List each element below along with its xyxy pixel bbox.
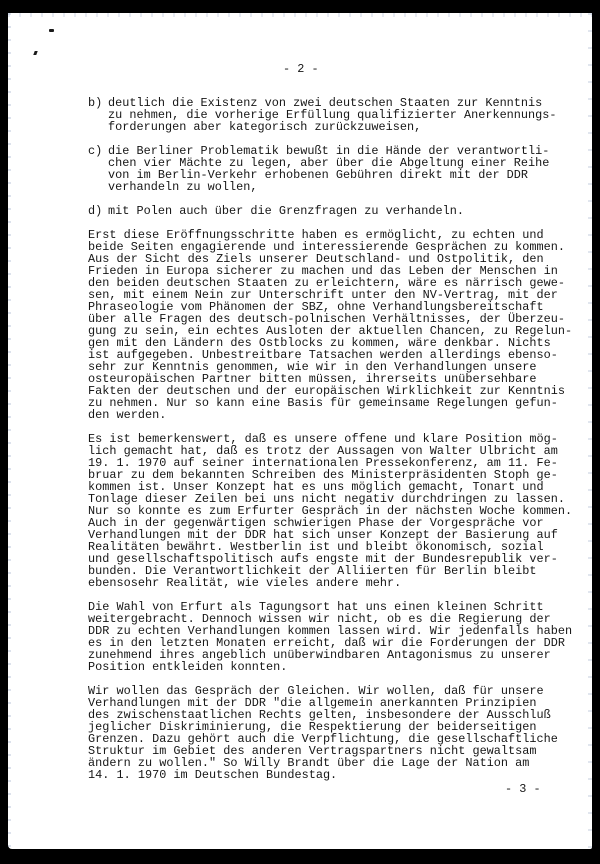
- list-item-label: c): [88, 145, 108, 193]
- body-text: Erst diese Eröffnungsschritte haben es e…: [88, 229, 572, 793]
- list-item-text: deutlich die Existenz von zwei deutschen…: [108, 97, 557, 133]
- paragraph: Es ist bemerkenswert, daß es unsere offe…: [88, 433, 572, 589]
- list-item-text: mit Polen auch über die Grenzfragen zu v…: [108, 205, 464, 217]
- scan-edge-top: [8, 13, 592, 17]
- list-item-label: d): [88, 205, 108, 217]
- scan-edge-right: [588, 13, 592, 849]
- paragraph: Die Wahl von Erfurt als Tagungsort hat u…: [88, 601, 572, 673]
- page-number-top: - 2 -: [283, 63, 319, 75]
- text-line: 14. 1. 1970 im Deutschen Bundestag.: [88, 769, 572, 781]
- list-item: d)mit Polen auch über die Grenzfragen zu…: [88, 205, 557, 217]
- scan-speck: [49, 29, 54, 32]
- text-line: forderungen aber kategorisch zurückzuwei…: [108, 121, 557, 133]
- paragraph: Wir wollen das Gespräch der Gleichen. Wi…: [88, 685, 572, 781]
- enumerated-list: b)deutlich die Existenz von zwei deutsch…: [88, 97, 557, 229]
- text-line: verhandeln zu wollen,: [108, 181, 549, 193]
- text-line: Position entkleiden konnten.: [88, 661, 572, 673]
- paragraph: Erst diese Eröffnungsschritte haben es e…: [88, 229, 572, 421]
- list-item-label: b): [88, 97, 108, 133]
- list-item: c)die Berliner Problematik bewußt in die…: [88, 145, 557, 193]
- list-item: b)deutlich die Existenz von zwei deutsch…: [88, 97, 557, 133]
- scan-edge-left: [8, 13, 11, 849]
- page-number-next: - 3 -: [505, 783, 541, 795]
- text-line: den werden.: [88, 409, 572, 421]
- text-line: ebensosehr Realität, wie vieles andere m…: [88, 577, 572, 589]
- text-line: mit Polen auch über die Grenzfragen zu v…: [108, 205, 464, 217]
- list-item-text: die Berliner Problematik bewußt in die H…: [108, 145, 549, 193]
